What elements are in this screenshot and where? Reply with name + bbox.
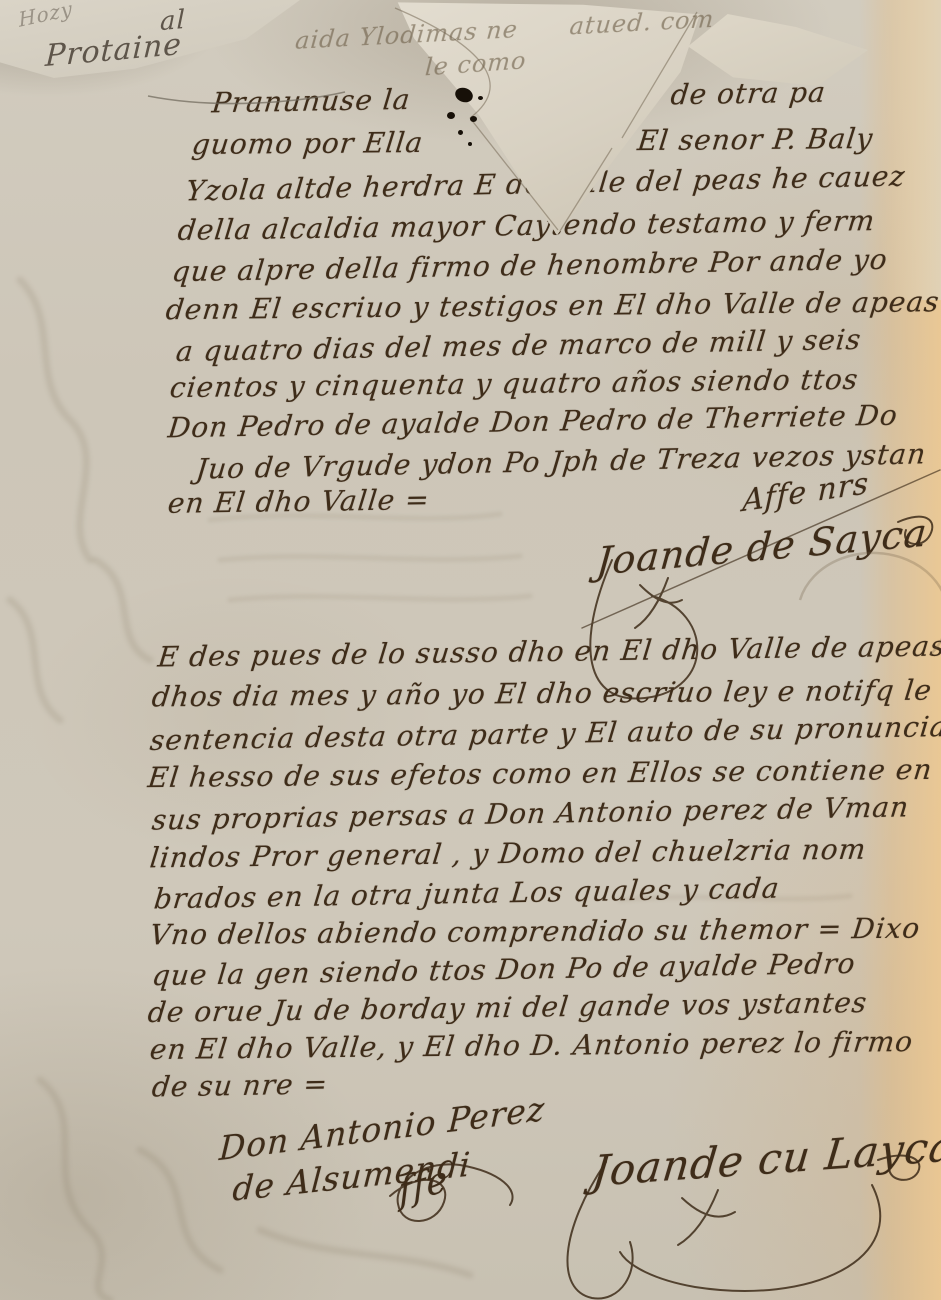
torn-paper-flap-right xyxy=(688,14,868,86)
manuscript-line: brados en la otra junta Los quales y cad… xyxy=(153,875,782,914)
ink-blot xyxy=(447,112,455,119)
manuscript-line: Vno dellos abiendo comprendido su themor… xyxy=(148,915,921,950)
manuscript-page: Hozy al Protaine aida Ylodimas ne atued.… xyxy=(0,0,941,1300)
margin-note-line2: Protaine xyxy=(44,30,182,72)
ink-blot xyxy=(470,116,477,122)
manuscript-line: Don Pedro de ayalde Don Pedro de Therrie… xyxy=(167,402,900,443)
manuscript-line: de su nre = xyxy=(151,1070,330,1101)
manuscript-line: en El dho Valle = xyxy=(166,486,431,518)
manuscript-line: en El dho Valle, y El dho D. Antonio per… xyxy=(148,1028,914,1064)
faded-fragment-line2: le como xyxy=(424,48,527,79)
manuscript-line: sentencia desta otra parte y El auto de … xyxy=(149,713,941,755)
manuscript-line: dhos dia mes y año yo El dho escriuo ley… xyxy=(150,677,933,712)
manuscript-line: denn El escriuo y testigos en El dho Val… xyxy=(164,288,941,325)
ink-blot xyxy=(478,96,483,100)
page-edge-top xyxy=(881,0,941,300)
manuscript-line: cientos y cinquenta y quatro años siendo… xyxy=(168,366,859,402)
manuscript-line: a quatro dias del mes de marco de mill y… xyxy=(175,326,863,366)
ink-blot xyxy=(468,142,472,146)
manuscript-line: que alpre della firmo de henombre Por an… xyxy=(171,246,890,287)
manuscript-line: sus proprias persas a Don Antonio perez … xyxy=(151,793,911,834)
manuscript-line: que la gen siendo ttos Don Po de ayalde … xyxy=(151,950,857,990)
manuscript-line: E des pues de lo susso dho en El dho Val… xyxy=(157,632,941,671)
ink-blot xyxy=(458,130,463,135)
attestation-text: Affe nrs xyxy=(742,469,870,517)
manuscript-line: de orue Ju de borday mi del gande vos ys… xyxy=(147,989,869,1027)
signature-left-rubric: ffe xyxy=(398,1161,449,1211)
manuscript-line: lindos Pror general , y Domo del chuelzr… xyxy=(148,836,867,873)
manuscript-line: della alcaldia mayor Caytendo testamo y … xyxy=(177,207,877,245)
manuscript-line: El hesso de sus efetos como en Ellos se … xyxy=(146,756,934,792)
